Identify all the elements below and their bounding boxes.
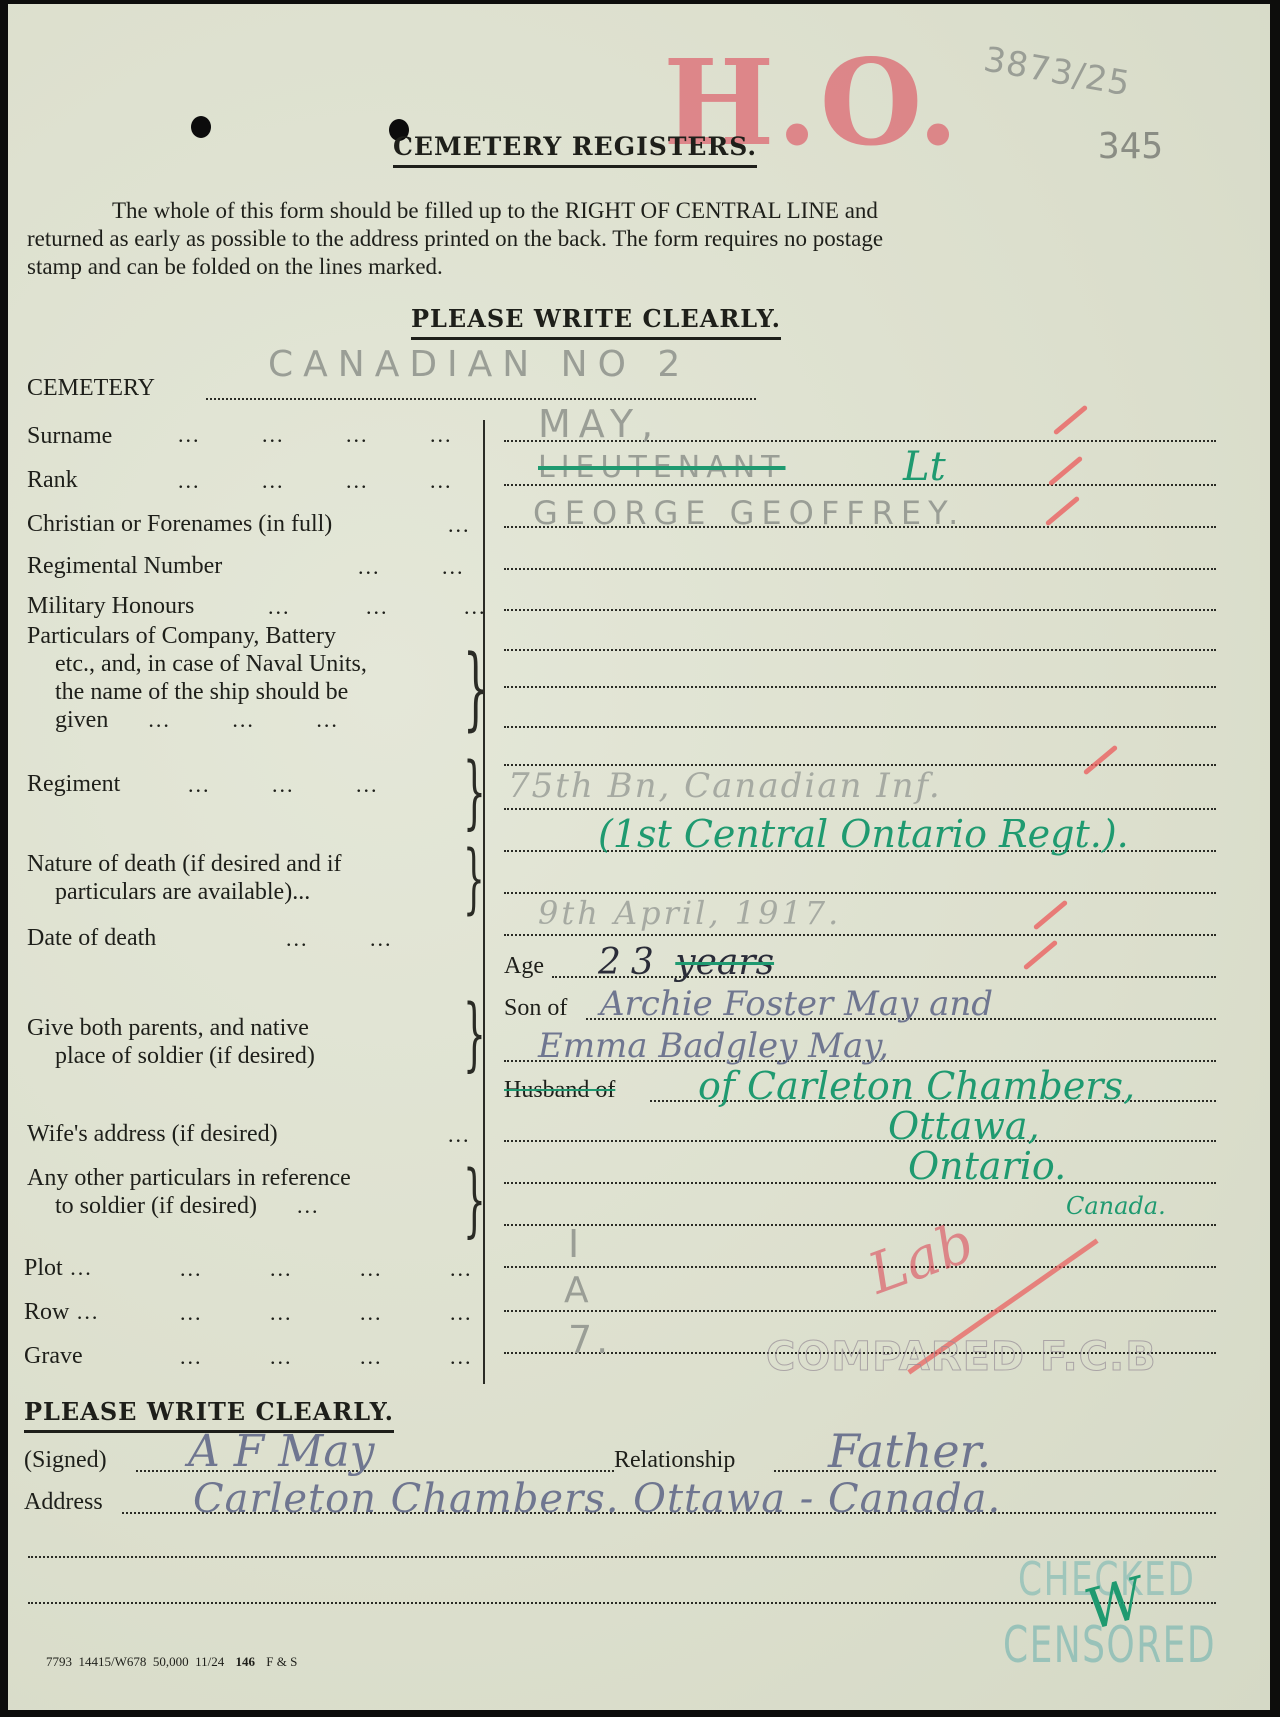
page-title: CEMETERY REGISTERS. xyxy=(393,132,757,161)
date-of-death-line xyxy=(504,934,1216,936)
instructions: The whole of this form should be filled … xyxy=(27,197,883,281)
plot-label: Plot ... xyxy=(24,1254,93,1282)
son-of-value-2[interactable]: Emma Badgley May, xyxy=(538,1026,889,1066)
wife-address-label: Wife's address (if desired) xyxy=(27,1120,278,1148)
address-value-3[interactable]: Ontario. xyxy=(908,1144,1066,1188)
row-ellipsis: ... ... ... ... xyxy=(180,1300,473,1326)
husband-of-label: Husband of xyxy=(504,1076,615,1104)
regimental-number-label: Regimental Number xyxy=(27,552,222,580)
nature-brace: } xyxy=(463,840,485,916)
cemetery-register-form: H.O. 3873/25 345 CEMETERY REGISTERS. The… xyxy=(8,4,1270,1710)
cemetery-label: CEMETERY xyxy=(27,374,155,402)
signed-label: (Signed) xyxy=(24,1446,107,1474)
address-value-4[interactable]: Canada. xyxy=(1066,1192,1166,1220)
age-label: Age xyxy=(504,952,544,980)
particulars-brace: } xyxy=(463,644,489,734)
footer-print-code: 7793 14415/W678 50,000 11/24 146 F & S xyxy=(46,1654,297,1670)
regimental-number-line xyxy=(504,568,1216,570)
red-tick-age xyxy=(1023,940,1058,971)
reference-stamped: 345 xyxy=(1098,126,1163,167)
rank-ellipsis: ... ... ... ... xyxy=(178,468,453,494)
forenames-value[interactable]: GEORGE GEOFFREY. xyxy=(533,494,965,532)
son-of-value-1[interactable]: Archie Foster May and xyxy=(600,984,993,1024)
nature-of-death-label: Nature of death (if desired and if parti… xyxy=(27,850,342,906)
forenames-ellipsis: ... xyxy=(448,512,471,538)
punch-hole-left xyxy=(191,116,211,138)
please-write-clearly-top: PLEASE WRITE CLEARLY. xyxy=(411,304,781,333)
surname-ellipsis: ... ... ... ... xyxy=(178,422,453,448)
military-honours-line xyxy=(504,609,1216,611)
wife-address-ellipsis: ... xyxy=(448,1122,471,1148)
instructions-line-1: The whole of this form should be filled … xyxy=(27,197,883,225)
instructions-line-3: stamp and can be folded on the lines mar… xyxy=(27,253,883,281)
regiment-value-2[interactable]: (1st Central Ontario Regt.). xyxy=(598,812,1129,856)
red-tick-rank xyxy=(1048,456,1083,487)
row-line xyxy=(504,1310,1216,1312)
rank-struck-value[interactable]: LIEUTENANT xyxy=(538,450,786,485)
parents-label: Give both parents, and native place of s… xyxy=(27,1014,315,1070)
surname-label: Surname xyxy=(27,422,112,450)
title-text: CEMETERY REGISTERS. xyxy=(393,132,757,168)
instructions-line-2: returned as early as possible to the add… xyxy=(27,225,883,253)
red-tick-surname xyxy=(1053,405,1088,436)
regiment-line-2 xyxy=(504,808,1216,810)
forenames-label: Christian or Forenames (in full) xyxy=(27,510,332,538)
regiment-value-1[interactable]: 75th Bn, Canadian Inf. xyxy=(508,766,942,806)
reference-handwritten: 3873/25 xyxy=(981,39,1134,104)
row-label: Row ... xyxy=(24,1298,99,1326)
regimental-number-ellipsis: ... ... xyxy=(358,554,465,580)
other-particulars-label: Any other particulars in reference to so… xyxy=(27,1164,351,1220)
address-value[interactable]: Carleton Chambers. Ottawa - Canada. xyxy=(193,1476,1001,1522)
wife-address-line xyxy=(504,1140,1216,1142)
age-value-group[interactable]: 23 years xyxy=(598,942,774,983)
address-label: Address xyxy=(24,1488,103,1516)
regiment-ellipsis: ... ... ... xyxy=(188,772,379,798)
relationship-value[interactable]: Father. xyxy=(828,1424,991,1478)
cemetery-value[interactable]: CANADIAN NO 2 xyxy=(268,344,690,385)
date-of-death-ellipsis: ... ... xyxy=(286,926,393,952)
regiment-brace: } xyxy=(463,752,486,832)
rank-value[interactable]: Lt xyxy=(903,444,946,490)
cemetery-line xyxy=(206,398,756,400)
address-value-2[interactable]: Ottawa, xyxy=(888,1104,1040,1148)
other-particulars-brace: } xyxy=(463,1160,486,1240)
son-of-label: Son of xyxy=(504,994,567,1022)
military-honours-label: Military Honours xyxy=(27,592,194,620)
regiment-label: Regiment xyxy=(27,770,120,798)
military-honours-ellipsis: ... ... ... xyxy=(268,594,487,620)
grave-value[interactable]: 7. xyxy=(568,1318,612,1362)
rank-label: Rank xyxy=(27,466,78,494)
please-write-clearly-bottom: PLEASE WRITE CLEARLY. xyxy=(24,1397,394,1426)
red-tick-regiment xyxy=(1083,745,1118,776)
grave-label: Grave xyxy=(24,1342,83,1370)
other-particulars-line-2 xyxy=(504,1224,1216,1226)
parents-brace: } xyxy=(463,994,486,1074)
date-of-death-value[interactable]: 9th April, 1917. xyxy=(538,894,841,932)
particulars-line-1 xyxy=(504,649,1216,651)
signed-value[interactable]: A F May xyxy=(188,1426,374,1477)
surname-value[interactable]: MAY, xyxy=(538,402,661,446)
plot-line xyxy=(504,1266,1216,1268)
particulars-line-2 xyxy=(504,686,1216,688)
address-value-1[interactable]: of Carleton Chambers, xyxy=(698,1064,1135,1108)
red-tick-forenames xyxy=(1045,496,1080,527)
date-of-death-label: Date of death xyxy=(27,924,156,952)
particulars-line-3 xyxy=(504,726,1216,728)
particulars-company-label: Particulars of Company, Battery etc., an… xyxy=(27,622,367,734)
row-value[interactable]: A xyxy=(564,1270,593,1311)
relationship-label: Relationship xyxy=(614,1446,735,1474)
grave-ellipsis: ... ... ... ... xyxy=(180,1344,473,1370)
red-tick-date xyxy=(1033,900,1068,931)
other-particulars-line-1 xyxy=(504,1182,1216,1184)
compared-stamp: COMPARED F.C.B xyxy=(766,1334,1157,1380)
plot-ellipsis: ... ... ... ... xyxy=(180,1256,473,1282)
plot-value[interactable]: I xyxy=(568,1222,583,1266)
